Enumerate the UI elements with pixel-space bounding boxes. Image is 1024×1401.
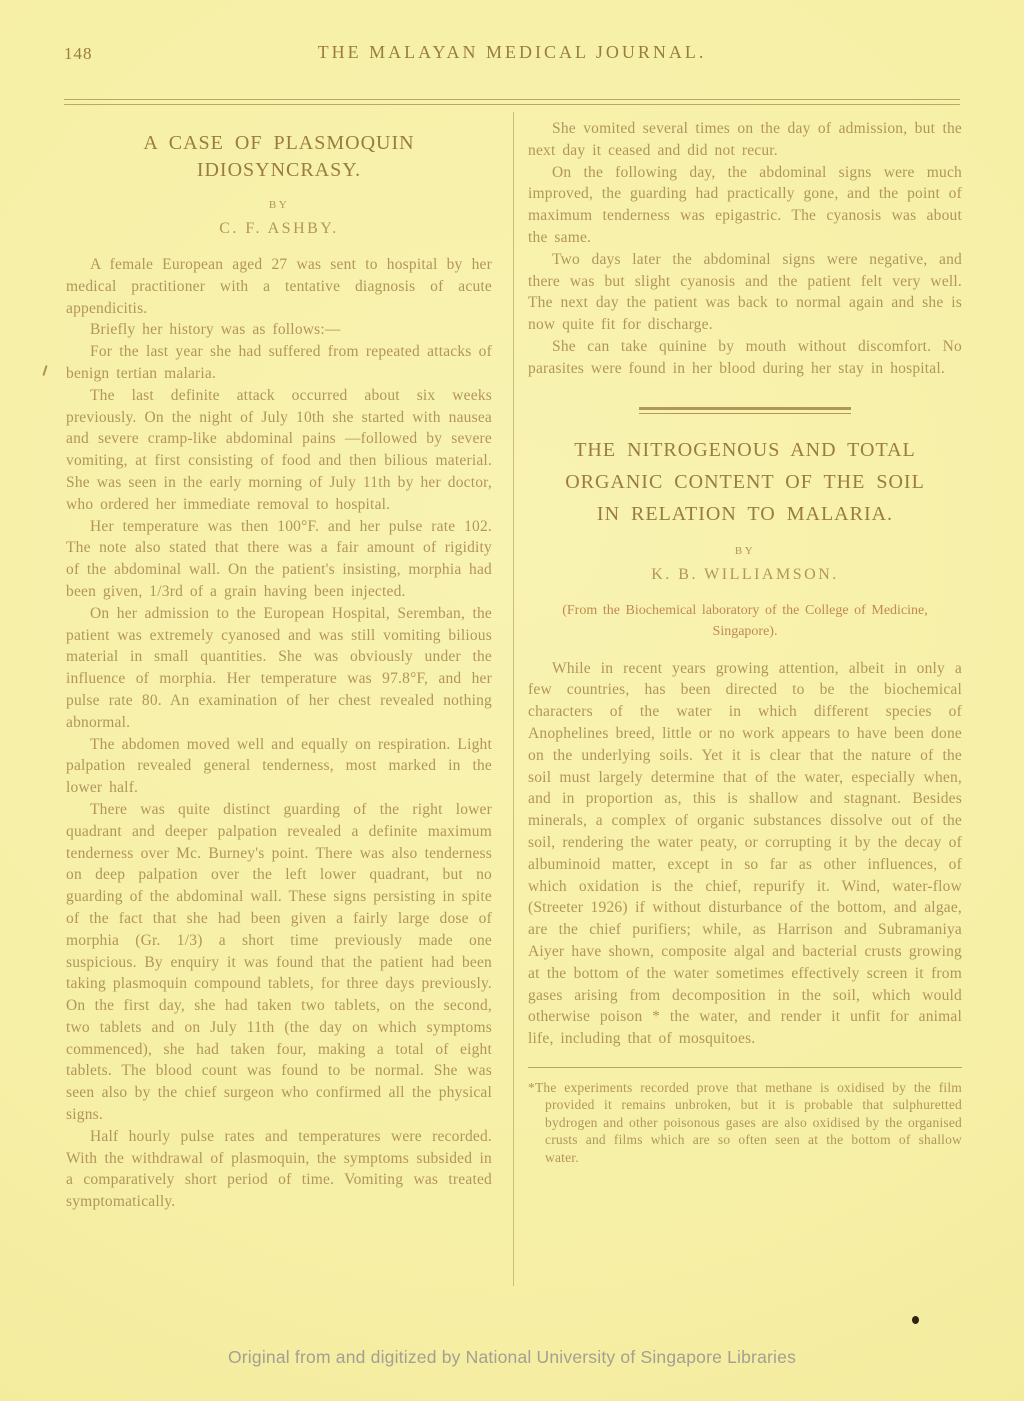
paragraph: Half hourly pulse rates and temperatures… [66,1126,492,1213]
footnote-rule [528,1067,962,1068]
journal-title: THE MALAYAN MEDICAL JOURNAL. [64,42,960,63]
left-column: A CASE OF PLASMOQUIN IDIOSYNCRASY. BY C.… [66,118,492,1213]
article1-byline: BY [66,199,492,211]
paragraph: While in recent years growing attention,… [528,658,962,1050]
paragraph: For the last year she had suffered from … [66,341,492,385]
ink-dot-artifact [912,1316,919,1324]
digitization-note: Original from and digitized by National … [0,1347,1024,1368]
paragraph: Two days later the abdominal signs were … [528,249,962,336]
article2-byline: BY [528,545,962,557]
article1-author: C. F. ASHBY. [66,220,492,238]
article2-affiliation: (From the Biochemical laboratory of the … [535,600,955,642]
page-header: 148 THE MALAYAN MEDICAL JOURNAL. [64,42,960,66]
paragraph: On her admission to the European Hospita… [66,603,492,734]
scan-artifact-mark [42,365,47,376]
paragraph: Her temperature was then 100°F. and her … [66,516,492,603]
right-column: She vomited several times on the day of … [528,118,962,1166]
paragraph: She can take quinine by mouth without di… [528,336,962,380]
article-separator-rule [639,407,851,414]
paragraph: She vomited several times on the day of … [528,118,962,162]
journal-page-scan: 148 THE MALAYAN MEDICAL JOURNAL. A CASE … [0,0,1024,1401]
header-double-rule [64,99,960,105]
paragraph: On the following day, the abdominal sign… [528,162,962,249]
paragraph: The abdomen moved well and equally on re… [66,734,492,799]
article2-author: K. B. WILLIAMSON. [528,566,962,584]
paragraph: There was quite distinct guarding of the… [66,799,492,1126]
paragraph: Briefly her history was as follows:— [66,319,492,341]
paragraph: The last definite attack occurred about … [66,385,492,516]
column-divider-rule [513,112,514,1286]
article1-title: A CASE OF PLASMOQUIN IDIOSYNCRASY. [99,130,459,184]
paragraph: A female European aged 27 was sent to ho… [66,254,492,319]
page-number: 148 [64,44,93,64]
article2-title: THE NITROGENOUS AND TOTAL ORGANIC CONTEN… [556,434,934,530]
footnote: *The experiments recorded prove that met… [528,1079,962,1167]
